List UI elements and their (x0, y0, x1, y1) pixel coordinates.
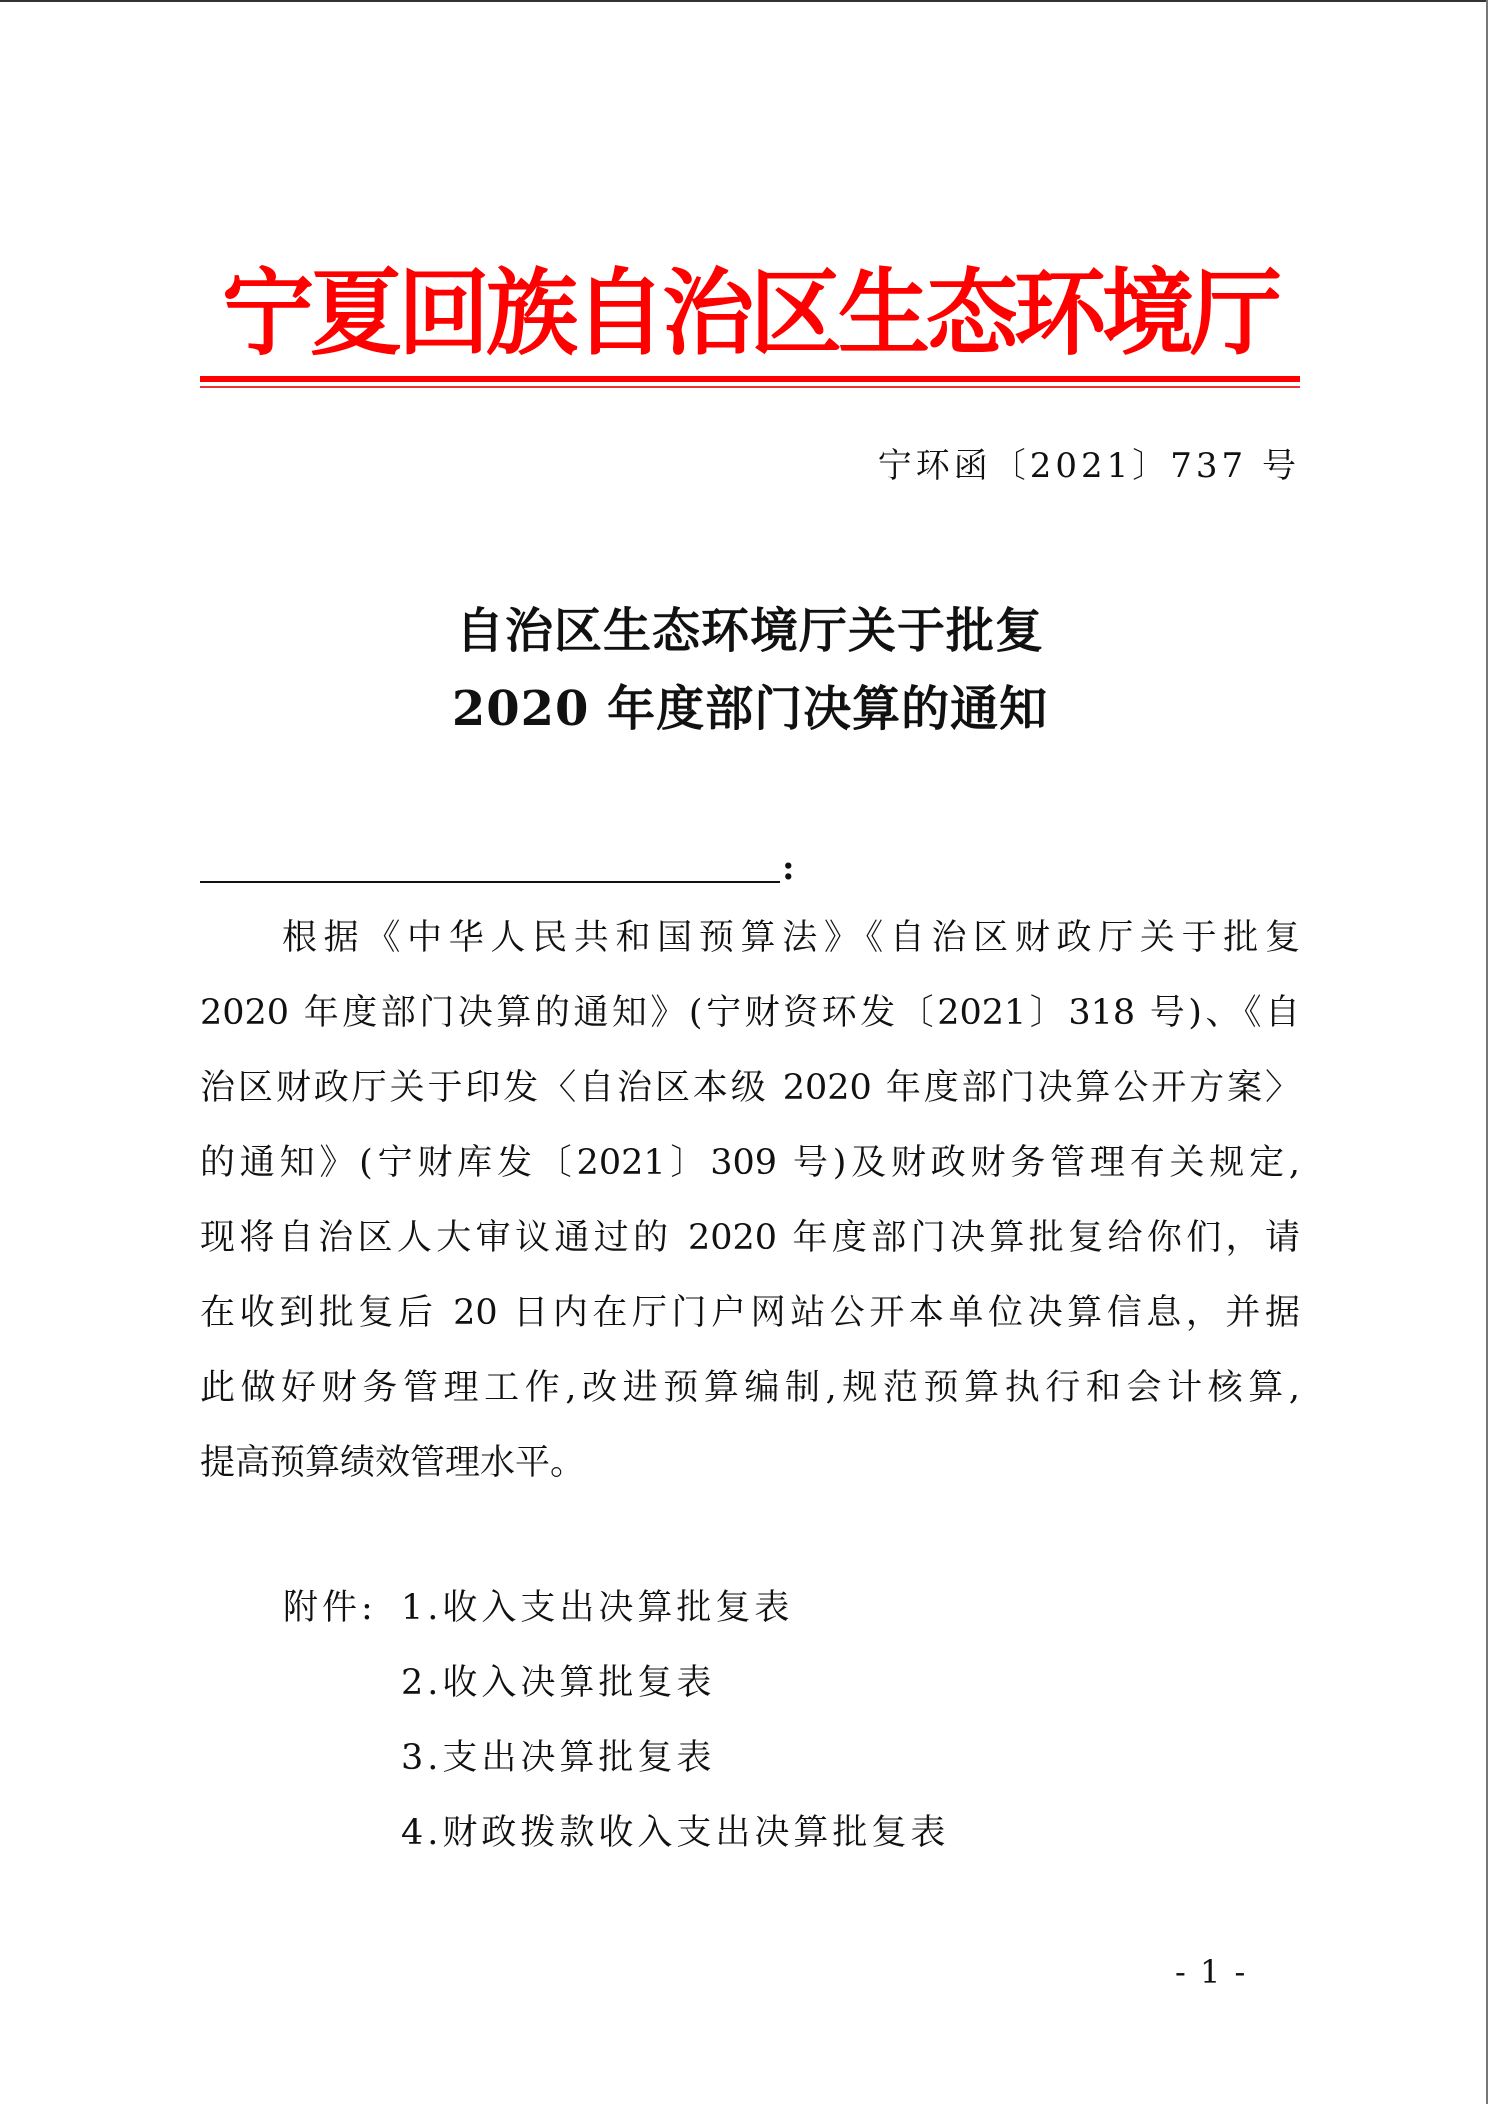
attachment-item: 4.财政拨款收入支出决算批复表 (401, 1805, 949, 1861)
body-line: 现将自治区人大审议通过的 2020 年度部门决算批复给你们，请 (200, 1210, 1300, 1285)
page-number: - 1 - (1175, 1952, 1247, 1992)
body-line: 在收到批复后 20 日内在厅门户网站公开本单位决算信息，并据 (200, 1285, 1300, 1360)
document-heading: 自治区生态环境厅关于批复 2020 年度部门决算的通知 (200, 592, 1300, 748)
heading-line-1: 自治区生态环境厅关于批复 (200, 592, 1300, 670)
document-number: 宁环函〔2021〕737 号 (878, 444, 1300, 488)
addressee-colon: : (782, 848, 795, 888)
body-line: 提高预算绩效管理水平。 (200, 1435, 1300, 1510)
attachments-label: 附件: (283, 1580, 377, 1636)
body-paragraph: 根据《中华人民共和国预算法》《自治区财政厅关于批复 2020 年度部门决算的通知… (200, 910, 1300, 1510)
letterhead-red-rule-thick (200, 376, 1300, 382)
addressee-blank-underline (200, 881, 780, 883)
heading-line-2: 2020 年度部门决算的通知 (200, 670, 1300, 748)
body-line: 此做好财务管理工作,改进预算编制,规范预算执行和会计核算, (200, 1360, 1300, 1435)
page-border-top (0, 0, 1488, 2)
attachment-item: 2.收入决算批复表 (401, 1655, 715, 1711)
attachment-item: 3.支出决算批复表 (401, 1730, 715, 1786)
body-line: 的通知》(宁财库发〔2021〕309 号)及财政财务管理有关规定, (200, 1135, 1300, 1210)
letterhead-org-name: 宁夏回族自治区生态环境厅 (200, 261, 1300, 367)
body-line: 治区财政厅关于印发〈自治区本级 2020 年度部门决算公开方案〉 (200, 1060, 1300, 1135)
body-line: 根据《中华人民共和国预算法》《自治区财政厅关于批复 (200, 910, 1300, 985)
body-line: 2020 年度部门决算的通知》(宁财资环发〔2021〕318 号)、《自 (200, 985, 1300, 1060)
letterhead-red-rule-thin (200, 386, 1300, 388)
attachment-item: 1.收入支出决算批复表 (401, 1580, 793, 1636)
